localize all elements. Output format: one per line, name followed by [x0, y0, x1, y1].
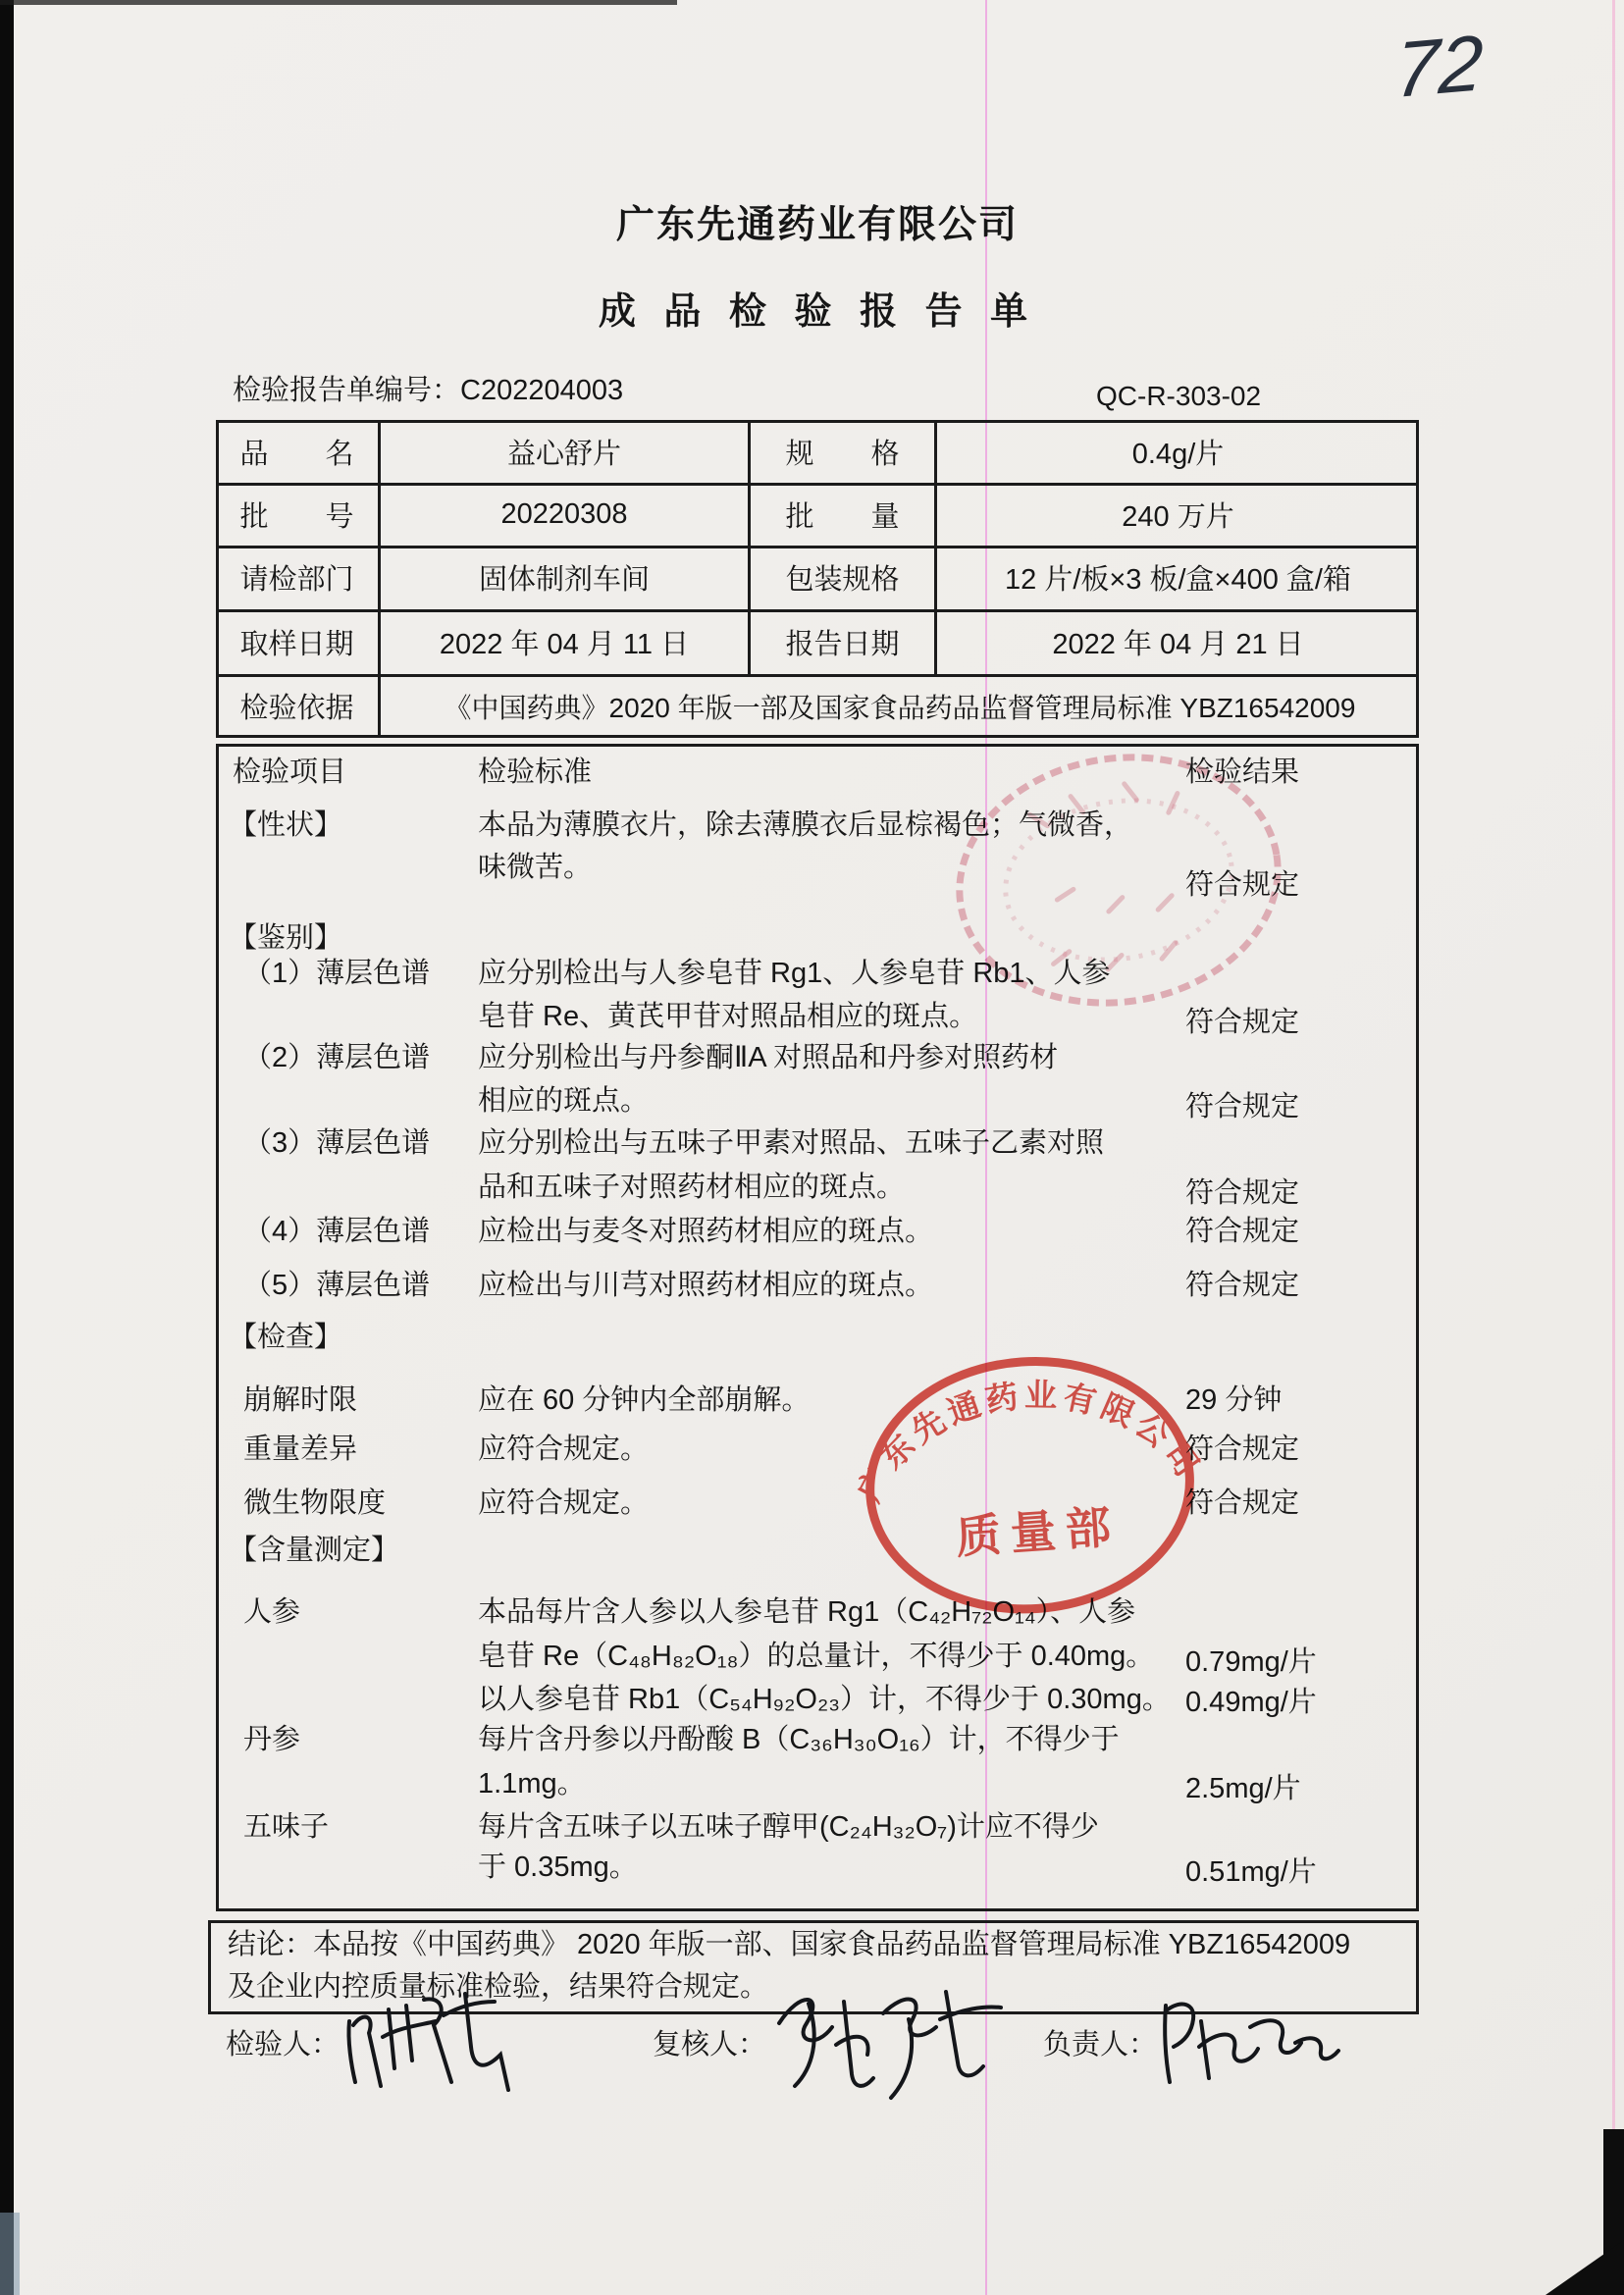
quality-dept-stamp: 广东先通药业有限公司 质量部: [830, 1341, 1222, 1642]
ident-1-result: 符合规定: [1185, 1005, 1299, 1040]
report-number-label: 检验报告单编号：: [233, 375, 460, 406]
scan-left-edge: [0, 0, 14, 2295]
faded-oval-stamp: [927, 717, 1309, 1042]
value-batch-qty: 240 万片: [937, 483, 1419, 546]
ginseng-result-1: 0.79mg/片: [1185, 1644, 1317, 1680]
scan-corner-curl: [1545, 2240, 1624, 2295]
appearance-standard-line2: 味微苦。: [478, 850, 592, 885]
ginseng-result-2: 0.49mg/片: [1185, 1685, 1317, 1720]
ident-2-line1: 应分别检出与丹参酮ⅡA 对照品和丹参对照药材: [478, 1040, 1058, 1075]
report-number-value: C202204003: [460, 375, 623, 406]
scan-top-edge: [0, 0, 677, 5]
approver-label: 负责人：: [1043, 2027, 1157, 2062]
ident-3-line2: 品和五味子对照药材相应的斑点。: [478, 1170, 905, 1205]
quality-stamp-ring-text: 广东先通药业有限公司: [843, 1364, 1209, 1509]
label-batch-no: 批 号: [216, 483, 378, 546]
conclusion-line1: 结论：本品按《中国药典》 2020 年版一部、国家食品药品监督管理局标准 YBZ…: [228, 1927, 1350, 1962]
form-code: QC-R-303-02: [1096, 379, 1261, 413]
salvia-line2: 1.1mg。: [478, 1766, 586, 1801]
microbial-standard: 应符合规定。: [478, 1486, 649, 1521]
value-batch-no: 20220308: [381, 483, 748, 546]
company-title: 广东先通药业有限公司: [216, 194, 1419, 249]
schisandra-line2: 于 0.35mg。: [478, 1850, 638, 1885]
ident-4-line1: 应检出与麦冬对照药材相应的斑点。: [478, 1214, 933, 1249]
col-header-standard: 检验标准: [478, 755, 592, 790]
ident-2-name: （2）薄层色谱: [243, 1040, 430, 1075]
section-inspection: 【检查】: [229, 1320, 342, 1355]
report-number: 检验报告单编号：C202204003: [233, 373, 623, 408]
ident-4-result: 符合规定: [1185, 1214, 1299, 1249]
weight-variation-name: 重量差异: [243, 1432, 357, 1467]
ident-1-line2: 皂苷 Re、黄芪甲苷对照品相应的斑点。: [478, 999, 977, 1034]
scan-bottom-left-smudge: [0, 2213, 20, 2295]
section-appearance: 【性状】: [229, 808, 342, 843]
value-sampling-date: 2022 年 04 月 11 日: [381, 609, 748, 674]
section-assay: 【含量测定】: [229, 1533, 399, 1568]
salvia-line1: 每片含丹参以丹酚酸 B（C₃₆H₃₀O₁₆）计，不得少于: [478, 1722, 1120, 1757]
label-request-dept: 请检部门: [216, 546, 378, 609]
schisandra-result: 0.51mg/片: [1185, 1854, 1317, 1890]
value-pack-spec: 12 片/板×3 板/盒×400 盒/箱: [937, 546, 1419, 609]
ident-2-result: 符合规定: [1185, 1089, 1299, 1124]
label-spec: 规 格: [751, 420, 934, 483]
salvia-result: 2.5mg/片: [1185, 1771, 1301, 1806]
ginseng-name: 人参: [243, 1594, 300, 1630]
reviewer-label: 复核人：: [653, 2027, 766, 2062]
reviewer-signature: [773, 1980, 1009, 2108]
schisandra-name: 五味子: [243, 1809, 329, 1845]
inspector-label: 检验人：: [226, 2027, 340, 2062]
scanned-inspection-report: 72 广东先通药业有限公司 成 品 检 验 报 告 单 检验报告单编号：C202…: [0, 0, 1624, 2295]
inspector-signature: [341, 1992, 528, 2100]
microbial-name: 微生物限度: [243, 1486, 386, 1521]
scan-right-pink-line: [1612, 0, 1615, 2129]
ident-5-result: 符合规定: [1185, 1268, 1299, 1303]
disintegration-name: 崩解时限: [243, 1382, 357, 1418]
value-request-dept: 固体制剂车间: [381, 546, 748, 609]
ident-4-name: （4）薄层色谱: [243, 1214, 430, 1249]
salvia-name: 丹参: [243, 1722, 300, 1757]
label-report-date: 报告日期: [751, 609, 934, 674]
quality-stamp-center-text: 质量部: [954, 1500, 1122, 1563]
label-pack-spec: 包装规格: [751, 546, 934, 609]
ident-5-name: （5）薄层色谱: [243, 1268, 430, 1303]
handwritten-page-number: 72: [1393, 18, 1486, 117]
value-report-date: 2022 年 04 月 21 日: [937, 609, 1419, 674]
ident-5-line1: 应检出与川芎对照药材相应的斑点。: [478, 1268, 933, 1303]
ginseng-line3: 以人参皂苷 Rb1（C₅₄H₉₂O₂₃）计，不得少于 0.30mg。: [478, 1682, 1171, 1717]
report-title: 成 品 检 验 报 告 单: [216, 281, 1419, 335]
ident-3-result: 符合规定: [1185, 1175, 1299, 1211]
schisandra-line1: 每片含五味子以五味子醇甲(C₂₄H₃₂O₇)计应不得少: [478, 1809, 1099, 1845]
svg-text:广东先通药业有限公司: 广东先通药业有限公司: [843, 1364, 1209, 1509]
ident-3-line1: 应分别检出与五味子甲素对照品、五味子乙素对照: [478, 1125, 1104, 1161]
approver-signature: [1156, 1992, 1352, 2090]
value-spec: 0.4g/片: [937, 420, 1419, 483]
weight-variation-standard: 应符合规定。: [478, 1432, 649, 1467]
disintegration-standard: 应在 60 分钟内全部崩解。: [478, 1382, 810, 1418]
ident-2-line2: 相应的斑点。: [478, 1083, 649, 1119]
section-identification: 【鉴别】: [229, 920, 342, 956]
label-batch-qty: 批 量: [751, 483, 934, 546]
value-product-name: 益心舒片: [381, 420, 748, 483]
ident-1-name: （1）薄层色谱: [243, 956, 430, 991]
col-header-item: 检验项目: [233, 755, 346, 790]
label-sampling-date: 取样日期: [216, 609, 378, 674]
label-basis: 检验依据: [216, 674, 378, 738]
ginseng-line2: 皂苷 Re（C₄₈H₈₂O₁₈）的总量计，不得少于 0.40mg。: [478, 1639, 1154, 1674]
label-product-name: 品 名: [216, 420, 378, 483]
ident-3-name: （3）薄层色谱: [243, 1125, 430, 1161]
